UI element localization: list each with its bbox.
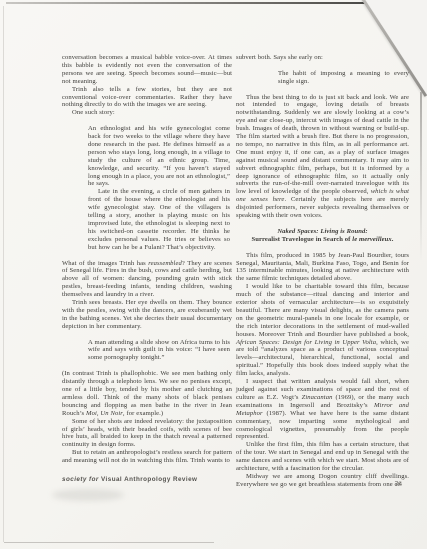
text-run: reassembled — [148, 260, 182, 267]
text-run: Moi, Un Noir — [86, 410, 123, 417]
paragraph: Unlike the first film, this film has a c… — [236, 441, 409, 473]
text-run: Zinacantan — [302, 394, 333, 401]
section-heading: Naked Spaces: Living is Round: — [236, 228, 409, 236]
text-run: le merveilleux — [352, 236, 392, 243]
journal-footer-name: Visual Anthropology Review — [101, 476, 197, 483]
text-run: conversation becomes a musical babble vo… — [62, 54, 232, 85]
section-heading: Surrealist Travelogue in Search of le me… — [236, 236, 409, 244]
paragraph: One such story: — [62, 109, 232, 117]
block-quote: An ethnologist and his wife gynecologist… — [88, 125, 230, 188]
page-number: 74 — [376, 481, 402, 488]
paragraph: subvert both. Says she early on: — [236, 54, 409, 62]
block-quote: The habit of imposing a meaning to every… — [278, 70, 409, 86]
text-run: An ethnologist and his wife gynecologist… — [88, 125, 230, 187]
scan-right-edge — [420, 92, 422, 262]
scan-top-edge — [6, 2, 366, 4]
ink-bleedthrough-smudge — [52, 489, 124, 501]
paragraph: Trinh sees breasts. Her eye dwells on th… — [62, 299, 232, 331]
text-run: But to retain an anthropologist’s restle… — [62, 449, 232, 464]
text-run: Surrealist Travelogue in Search of — [251, 236, 352, 243]
text-run: Trinh also tells a few stories, but they… — [62, 86, 232, 109]
text-run: This film, produced in 1985 by Jean-Paul… — [236, 252, 409, 283]
text-run: (1987). What we have here is the same di… — [236, 410, 409, 441]
text-run: , for example.) — [123, 410, 163, 417]
paragraph: This film, produced in 1985 by Jean-Paul… — [236, 252, 409, 284]
paragraph: I would like to be charitable toward thi… — [236, 283, 409, 378]
paragraph: conversation becomes a musical babble vo… — [62, 54, 232, 86]
text-run: Thus the best thing to do is just sit ba… — [236, 94, 409, 196]
block-quote: Late in the evening, a circle of men gat… — [88, 188, 230, 251]
journal-footer: society for Visual Anthropology Review — [62, 476, 197, 483]
scan-left-edge — [3, 6, 4, 542]
text-run: Some of her shots are indeed revelatory:… — [62, 418, 232, 449]
block-quote: A man attending a slide show on Africa t… — [88, 339, 230, 363]
text-run: The habit of imposing a meaning to every… — [278, 70, 409, 85]
paragraph: Some of her shots are indeed revelatory:… — [62, 418, 232, 450]
text-run: Trinh sees breasts. Her eye dwells on th… — [62, 299, 232, 330]
text-run: What of the images Trinh has — [62, 260, 148, 267]
paragraph: Trinh also tells a few stories, but they… — [62, 86, 232, 110]
text-run: subvert both. Says she early on: — [236, 54, 323, 61]
text-run: Unlike the first film, this film has a c… — [236, 441, 409, 472]
paragraph: What of the images Trinh has reassembled… — [62, 260, 232, 300]
paragraph: I suspect that written analysis would fa… — [236, 378, 409, 441]
text-run: . — [392, 236, 394, 243]
scan-bottom-edge — [4, 542, 214, 543]
text-run: Late in the evening, a circle of men gat… — [88, 188, 230, 250]
text-column-right: subvert both. Says she early on:The habi… — [236, 54, 409, 489]
text-run: I would like to be charitable toward thi… — [236, 283, 409, 337]
text-run: African Spaces: Design for Living in Upp… — [236, 339, 376, 346]
paragraph: But to retain an anthropologist’s restle… — [62, 449, 232, 465]
paragraph: Thus the best thing to do is just sit ba… — [236, 94, 409, 221]
text-run: Naked Spaces: Living is Round: — [277, 228, 367, 235]
scanned-page-view: conversation becomes a musical babble vo… — [0, 0, 427, 549]
paragraph: (In contrast Trinh is phallophobic. We s… — [62, 370, 232, 417]
text-run: A man attending a slide show on Africa t… — [88, 339, 230, 362]
text-column-left: conversation becomes a musical babble vo… — [62, 54, 232, 465]
text-run: One such story: — [72, 109, 115, 116]
journal-footer-prefix: society for — [62, 476, 99, 483]
